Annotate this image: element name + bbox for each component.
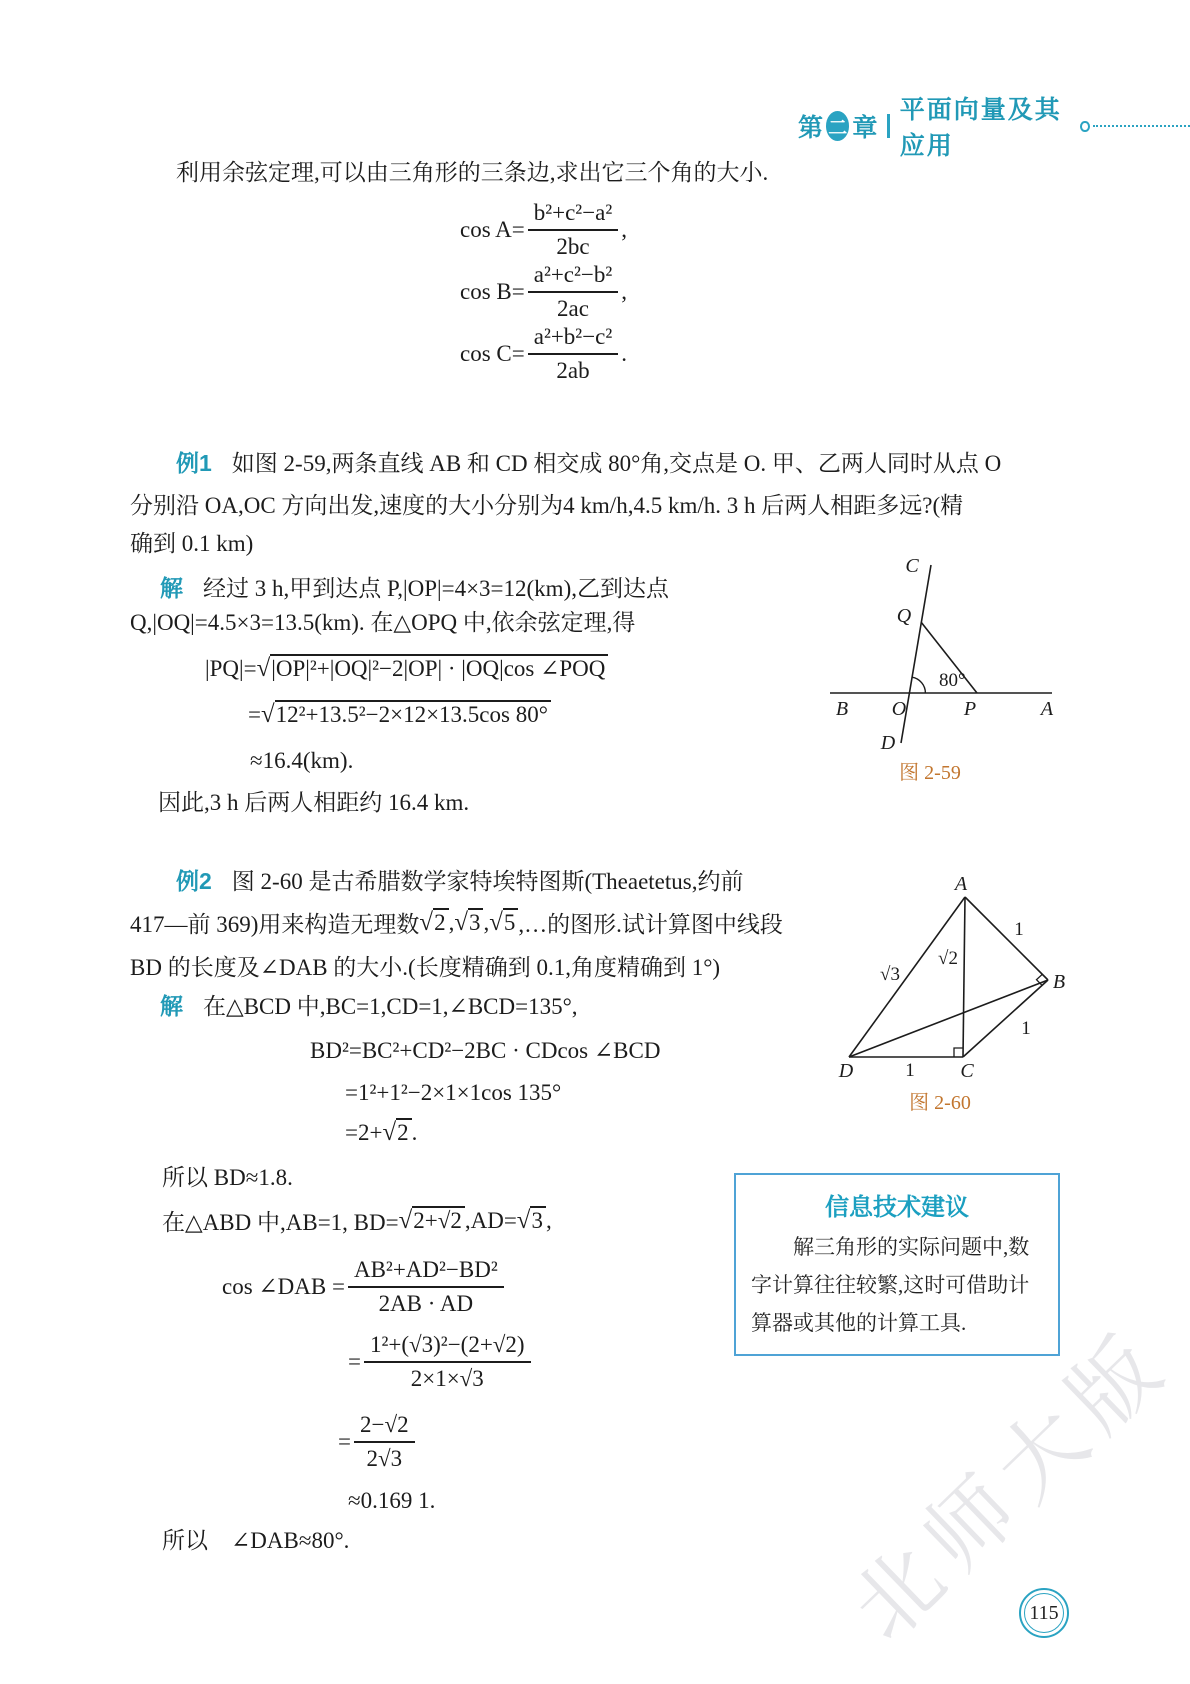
chapter-number-badge: 二: [826, 111, 849, 141]
textbook-page: 北师大版 第 二 章 平面向量及其应用 利用余弦定理,可以由三角形的三条边,求出…: [0, 0, 1190, 1684]
radical-sign: √: [517, 1207, 531, 1234]
example1-solution-line1: 解经过 3 h,甲到达点 P,|OP|=4×3=12(km),乙到达点: [160, 572, 669, 605]
info-box-title: 信息技术建议: [736, 1187, 1058, 1222]
line-DA: [849, 897, 965, 1057]
example2-equation1: BD²=BC²+CD²−2BC · CDcos ∠BCD: [310, 1035, 660, 1067]
line-DB: [849, 980, 1048, 1057]
example2-line1: 例2图 2-60 是古希腊数学家特埃特图斯(Theaetetus,约前: [176, 865, 743, 898]
example2-so2: 所以 ∠DAB≈80°.: [162, 1525, 349, 1557]
formula-lhs: cos B=: [460, 279, 525, 305]
right-angle-mark-C: [954, 1048, 963, 1057]
fig60-label-C: C: [960, 1060, 974, 1082]
formula-lhs: cos A=: [460, 217, 525, 243]
intro-paragraph: 利用余弦定理,可以由三角形的三条边,求出它三个角的大小.: [176, 157, 768, 189]
example2-equation7: ≈0.169 1.: [348, 1485, 435, 1517]
example2-solution-line1: 解在△BCD 中,BC=1,CD=1,∠BCD=135°,: [160, 990, 578, 1023]
radical-sign: √: [489, 909, 503, 936]
line-BC: [963, 980, 1048, 1057]
example1-equation2: = √12²+13.5²−2×12×13.5cos 80°: [248, 700, 551, 729]
example1-text1: 如图 2-59,两条直线 AB 和 CD 相交成 80°角,交点是 O. 甲、乙…: [232, 451, 1001, 476]
radical-sign: √: [399, 1207, 413, 1234]
eq-lhs: =: [248, 702, 261, 728]
solution-text1: 经过 3 h,甲到达点 P,|OP|=4×3=12(km),乙到达点: [203, 576, 669, 601]
example1-label: 例1: [176, 450, 212, 476]
info-box-body: 解三角形的实际问题中,数字计算往往较繁,这时可借助计算器或其他的计算工具.: [736, 1228, 1058, 1354]
figure-2-59-drawing: C Q 80° B O P A D: [800, 552, 1060, 752]
sqrt-expression: √|OP|²+|OQ|²−2|OP| · |OQ|cos ∠POQ: [257, 654, 609, 683]
page-number: 115: [1024, 1593, 1064, 1633]
formula-tail: .: [621, 341, 627, 367]
fig60-label-D: D: [838, 1060, 854, 1082]
chapter-number: 二: [828, 113, 847, 140]
example2-equation2: =1²+1²−2×1×1cos 135°: [345, 1077, 561, 1109]
fig60-length-AC: √2: [938, 948, 958, 969]
eq-part: ,: [546, 1208, 552, 1234]
sqrt-3: √3: [454, 908, 483, 937]
sqrt-expression: √3: [517, 1206, 546, 1235]
eq-part: ,AD=: [465, 1208, 517, 1234]
sqrt-expression: √2: [382, 1118, 411, 1147]
fig60-length-DA: √3: [880, 964, 900, 985]
example1-equation1: |PQ|= √|OP|²+|OQ|²−2|OP| · |OQ|cos ∠POQ: [205, 654, 608, 683]
example2-line3: BD 的长度及∠DAB 的大小.(长度精确到 0.1,角度精确到 1°): [130, 952, 720, 984]
formula-cosB: cos B= a²+c²−b²2ac ,: [460, 262, 627, 322]
sqrt-5: √5: [489, 908, 518, 937]
eq-part: 在△ABD 中,AB=1, BD=: [162, 1204, 399, 1237]
radical-sign: √: [257, 655, 271, 682]
radical-sign: √: [261, 701, 275, 728]
fig59-label-P: P: [963, 698, 976, 720]
figure-2-59-caption: 图 2-59: [800, 756, 1060, 785]
example2-cos-equation2: = 1²+(√3)²−(2+√2)2×1×√3: [348, 1332, 534, 1392]
fraction: b²+c²−a²2bc: [528, 200, 619, 260]
eq-lhs: =: [348, 1349, 361, 1375]
formula-lhs: cos C=: [460, 341, 525, 367]
radical-sign: √: [419, 909, 433, 936]
fig60-length-DC: 1: [905, 1060, 915, 1081]
formula-cosC: cos C= a²+b²−c²2ab .: [460, 324, 627, 384]
line-AB: [965, 897, 1048, 980]
example1-solution-line2: Q,|OQ|=4.5×3=13.5(km). 在△OPQ 中,依余弦定理,得: [130, 607, 635, 639]
radical-sign: √: [382, 1119, 396, 1146]
example2-text2a: 417—前 369)用来构造无理数: [130, 906, 419, 939]
fig59-angle-label: 80°: [939, 670, 966, 691]
angle-arc: [912, 677, 925, 693]
example2-line4: 在△ABD 中,AB=1, BD= √2+√2 ,AD= √3 ,: [162, 1204, 552, 1237]
solve-label: 解: [160, 993, 183, 1019]
chapter-suffix: 章: [852, 108, 877, 144]
fig60-label-B: B: [1053, 971, 1065, 993]
page-number-badge: 115: [1019, 1588, 1069, 1638]
example1-equation3: ≈16.4(km).: [250, 745, 353, 777]
fig59-label-O: O: [892, 698, 906, 720]
chapter-title: 平面向量及其应用: [900, 90, 1068, 162]
example2-text2b: ,…的图形.试计算图中线段: [518, 906, 783, 939]
fig59-label-D: D: [880, 732, 896, 752]
header-ring-icon: [1080, 121, 1089, 132]
formula-tail: ,: [621, 217, 627, 243]
eq-part: =2+: [345, 1120, 382, 1146]
sqrt-expression: √12²+13.5²−2×12×13.5cos 80°: [261, 700, 551, 729]
formula-tail: ,: [621, 279, 627, 305]
figure-2-60-drawing: A B C D 1 1 1 √2 √3: [810, 872, 1070, 1082]
header-divider: [887, 114, 889, 138]
fraction: 1²+(√3)²−(2+√2)2×1×√3: [364, 1332, 531, 1392]
fig59-label-A: A: [1039, 698, 1054, 720]
eq-lhs: cos ∠DAB =: [222, 1274, 345, 1300]
sqrt-2: √2: [419, 908, 448, 937]
eq-part: .: [412, 1120, 418, 1146]
example2-text1: 图 2-60 是古希腊数学家特埃特图斯(Theaetetus,约前: [232, 869, 744, 894]
figure-2-60: A B C D 1 1 1 √2 √3 图 2-60: [810, 872, 1070, 1115]
sqrt-expression: √2+√2: [399, 1206, 465, 1235]
fig59-label-B: B: [836, 698, 848, 720]
info-tech-suggestion-box: 信息技术建议 解三角形的实际问题中,数字计算往往较繁,这时可借助计算器或其他的计…: [734, 1173, 1060, 1356]
header-dotted-line: [1093, 125, 1190, 127]
chapter-header: 第 二 章 平面向量及其应用: [798, 90, 1190, 162]
fraction: a²+c²−b²2ac: [528, 262, 619, 322]
eq-lhs: =: [338, 1429, 351, 1455]
solve-label: 解: [160, 575, 183, 601]
example1-line3: 确到 0.1 km): [130, 528, 253, 560]
radical-sign: √: [454, 909, 468, 936]
fig59-label-C: C: [905, 555, 919, 577]
eq-lhs: |PQ|=: [205, 656, 257, 682]
figure-2-60-caption: 图 2-60: [810, 1086, 1070, 1115]
example2-so1: 所以 BD≈1.8.: [162, 1162, 293, 1194]
fraction: AB²+AD²−BD²2AB · AD: [348, 1257, 504, 1317]
fig59-label-Q: Q: [897, 605, 912, 627]
example1-line2: 分别沿 OA,OC 方向出发,速度的大小分别为4 km/h,4.5 km/h. …: [130, 490, 963, 522]
example2-line2: 417—前 369)用来构造无理数 √2 , √3 , √5 ,…的图形.试计算…: [130, 906, 783, 939]
fraction: 2−√22√3: [354, 1412, 415, 1472]
example2-cos-equation: cos ∠DAB = AB²+AD²−BD²2AB · AD: [222, 1257, 507, 1317]
fraction: a²+b²−c²2ab: [528, 324, 619, 384]
formula-cosA: cos A= b²+c²−a²2bc ,: [460, 200, 627, 260]
example1-conclusion: 因此,3 h 后两人相距约 16.4 km.: [158, 787, 469, 819]
fig60-label-A: A: [953, 873, 968, 895]
fig60-length-AB: 1: [1014, 919, 1024, 940]
line-AC: [963, 897, 965, 1057]
example2-equation3: =2+ √2 .: [345, 1118, 417, 1147]
example2-label: 例2: [176, 868, 212, 894]
example2-cos-equation3: = 2−√22√3: [338, 1412, 418, 1472]
example1-line1: 例1如图 2-59,两条直线 AB 和 CD 相交成 80°角,交点是 O. 甲…: [176, 447, 1001, 480]
fig60-length-BC: 1: [1021, 1018, 1031, 1039]
chapter-prefix: 第: [798, 108, 823, 144]
solution-text: 在△BCD 中,BC=1,CD=1,∠BCD=135°,: [203, 994, 578, 1019]
figure-2-59: C Q 80° B O P A D 图 2-59: [800, 552, 1060, 785]
